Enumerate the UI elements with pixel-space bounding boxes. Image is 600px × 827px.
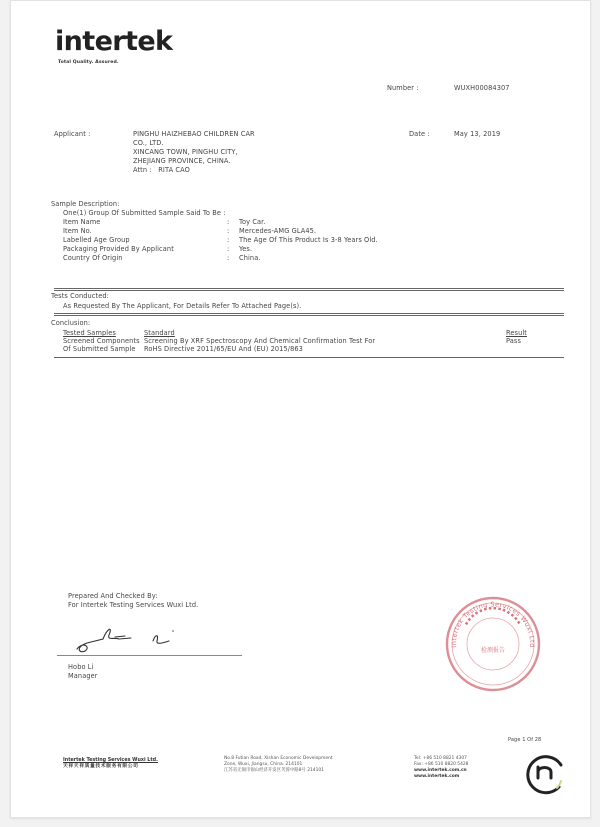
sample-row: Packaging Provided By Applicant:Yes. <box>63 245 463 254</box>
signature-line <box>57 655 242 656</box>
date-label: Date : <box>409 130 430 139</box>
footer-company: Intertek Testing Services Wuxi Ltd. 天祥天祥… <box>63 758 158 770</box>
sample-row-separator: : <box>227 254 229 263</box>
svg-text:Intertek Testing Services Wuxi: Intertek Testing Services Wuxi Ltd <box>450 600 536 648</box>
sample-row-value: The Age Of This Product Is 3-8 Years Old… <box>239 236 378 245</box>
company-name-cn: 天祥天祥质量技术服务有限公司 <box>63 764 158 770</box>
applicant-label: Applicant : <box>54 130 90 139</box>
sample-row-label: Item Name <box>63 218 100 227</box>
tests-conducted-heading: Tests Conducted: <box>51 292 109 301</box>
report-date: May 13, 2019 <box>454 130 500 139</box>
applicant-attn: Attn : RITA CAO <box>133 166 255 175</box>
handwritten-signature <box>73 621 183 655</box>
sample-row-value: China. <box>239 254 261 263</box>
sample-row-value: Yes. <box>239 245 252 254</box>
signatory-title: Manager <box>68 672 98 681</box>
sample-description-heading: Sample Description: <box>51 200 120 209</box>
intertek-brand-mark-icon <box>523 751 567 795</box>
for-company: For Intertek Testing Services Wuxi Ltd. <box>68 601 198 610</box>
standard-line: RoHS Directive 2011/65/EU And (EU) 2015/… <box>144 345 303 354</box>
footer-contact: Tel: +86 510 8821 4307 Fax: +86 510 8820… <box>414 756 468 780</box>
applicant-line: CO., LTD. <box>133 139 255 148</box>
official-seal-stamp: Intertek Testing Services Wuxi Ltd ▪▪▪▪▪… <box>443 594 543 694</box>
tested-sample-line: Of Submitted Sample <box>63 345 136 354</box>
report-number: WUXH00084307 <box>454 84 510 93</box>
certificate-page: intertek Total Quality. Assured. Number … <box>10 0 591 818</box>
sample-row-separator: : <box>227 236 229 245</box>
page-number: Page 1 Of 28 <box>508 736 541 745</box>
number-label: Number : <box>387 84 419 93</box>
svg-text:检测报告: 检测报告 <box>481 646 505 654</box>
sample-row: Country Of Origin:China. <box>63 254 463 263</box>
intertek-logo: intertek <box>55 27 172 57</box>
conclusion-heading: Conclusion: <box>51 319 90 328</box>
website-link[interactable]: www.intertek.com <box>414 774 468 780</box>
address-line: 江苏省无锡市锡山经济开发区芙蓉中路8号 214101 <box>224 768 333 774</box>
tests-conducted-text: As Requested By The Applicant, For Detai… <box>63 302 301 311</box>
applicant-line: PINGHU HAIZHEBAO CHILDREN CAR <box>133 130 255 139</box>
sample-row-label: Labelled Age Group <box>63 236 130 245</box>
applicant-block: PINGHU HAIZHEBAO CHILDREN CAR CO., LTD. … <box>133 130 255 175</box>
result-value: Pass <box>506 337 521 346</box>
sample-intro: One(1) Group Of Submitted Sample Said To… <box>63 209 226 218</box>
signatory-name: Hobo Li <box>68 663 94 672</box>
sample-row-value: Mercedes-AMG GLA45. <box>239 227 316 236</box>
sample-row-label: Packaging Provided By Applicant <box>63 245 174 254</box>
sample-row: Labelled Age Group:The Age Of This Produ… <box>63 236 463 245</box>
sample-description-table: Item Name:Toy Car.Item No.:Mercedes-AMG … <box>63 218 463 263</box>
sample-row: Item Name:Toy Car. <box>63 218 463 227</box>
applicant-line: ZHEJIANG PROVINCE, CHINA. <box>133 157 255 166</box>
sample-row-separator: : <box>227 218 229 227</box>
sample-row-label: Item No. <box>63 227 92 236</box>
footer-address: No.8 Futian Road, Xishan Economic Develo… <box>224 756 333 774</box>
section-divider <box>54 288 564 291</box>
sample-row-separator: : <box>227 245 229 254</box>
section-divider <box>54 313 564 316</box>
sample-row-label: Country Of Origin <box>63 254 123 263</box>
sample-row-separator: : <box>227 227 229 236</box>
applicant-line: XINCANG TOWN, PINGHU CITY, <box>133 148 255 157</box>
logo-tagline: Total Quality. Assured. <box>58 58 119 67</box>
section-divider <box>54 357 564 358</box>
prepared-by-label: Prepared And Checked By: <box>68 592 158 601</box>
sample-row: Item No.:Mercedes-AMG GLA45. <box>63 227 463 236</box>
sample-row-value: Toy Car. <box>239 218 266 227</box>
